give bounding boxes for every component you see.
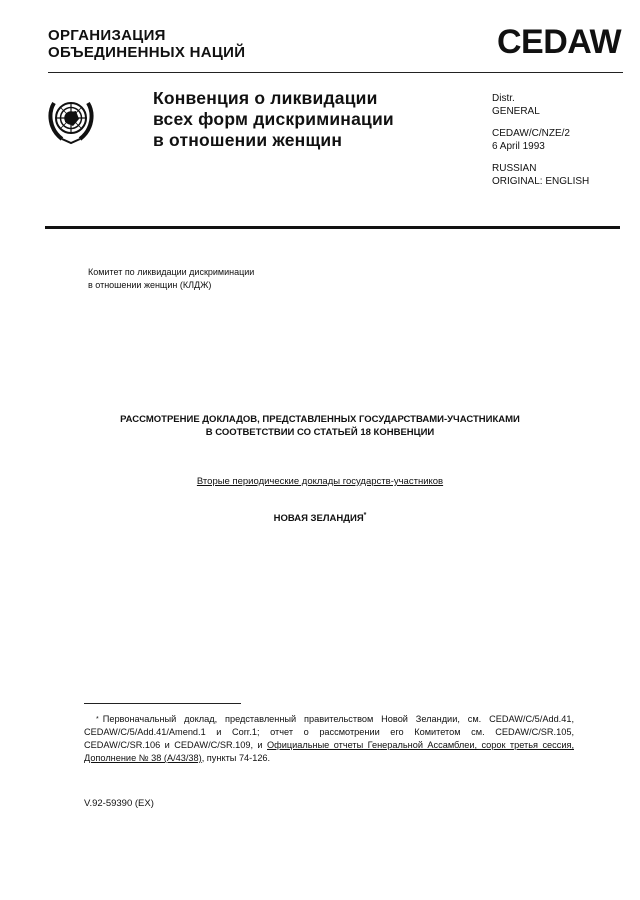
committee-line-2: в отношении женщин (КЛДЖ): [88, 279, 254, 292]
un-emblem-icon: [46, 93, 96, 149]
organization-line-2: ОБЪЕДИНЕННЫХ НАЦИЙ: [48, 44, 245, 61]
footnote-divider: [84, 703, 241, 704]
organization-name: ОРГАНИЗАЦИЯ ОБЪЕДИНЕННЫХ НАЦИЙ: [48, 27, 245, 61]
header-divider: [48, 72, 623, 73]
convention-title: Конвенция о ликвидации всех форм дискрим…: [153, 88, 394, 151]
committee-line-1: Комитет по ликвидации дискриминации: [88, 266, 254, 279]
document-language: RUSSIAN: [492, 162, 589, 175]
convention-title-line-3: в отношении женщин: [153, 130, 394, 151]
distribution-label: Distr.: [492, 92, 589, 105]
document-date: 6 April 1993: [492, 140, 589, 153]
agenda-heading-line-2: В СООТВЕТСТВИИ СО СТАТЬЕЙ 18 КОНВЕНЦИИ: [0, 426, 640, 439]
original-language: ORIGINAL: ENGLISH: [492, 175, 589, 188]
report-subheading: Вторые периодические доклады государств-…: [0, 476, 640, 487]
country-name: НОВАЯ ЗЕЛАНДИЯ: [274, 513, 364, 524]
footnote-reference: *: [364, 512, 367, 519]
committee-name: Комитет по ликвидации дискриминации в от…: [88, 266, 254, 292]
organization-line-1: ОРГАНИЗАЦИЯ: [48, 27, 245, 44]
footnote-text-2: , пункты 74-126.: [202, 753, 270, 763]
convention-title-line-2: всех форм дискриминации: [153, 109, 394, 130]
agenda-heading-line-1: РАССМОТРЕНИЕ ДОКЛАДОВ, ПРЕДСТАВЛЕННЫХ ГО…: [0, 413, 640, 426]
document-symbol: CEDAW/C/NZE/2: [492, 127, 589, 140]
agenda-heading: РАССМОТРЕНИЕ ДОКЛАДОВ, ПРЕДСТАВЛЕННЫХ ГО…: [0, 413, 640, 439]
country-title: НОВАЯ ЗЕЛАНДИЯ*: [0, 512, 640, 524]
convention-title-line-1: Конвенция о ликвидации: [153, 88, 394, 109]
distribution-value: GENERAL: [492, 105, 589, 118]
footnote: *Первоначальный доклад, представленный п…: [84, 713, 574, 765]
job-number: V.92-59390 (EX): [84, 798, 154, 809]
series-symbol: CEDAW: [497, 22, 621, 62]
masthead-divider: [45, 226, 620, 229]
document-metadata: Distr. GENERAL CEDAW/C/NZE/2 6 April 199…: [492, 92, 589, 188]
footnote-mark: *: [96, 716, 99, 723]
